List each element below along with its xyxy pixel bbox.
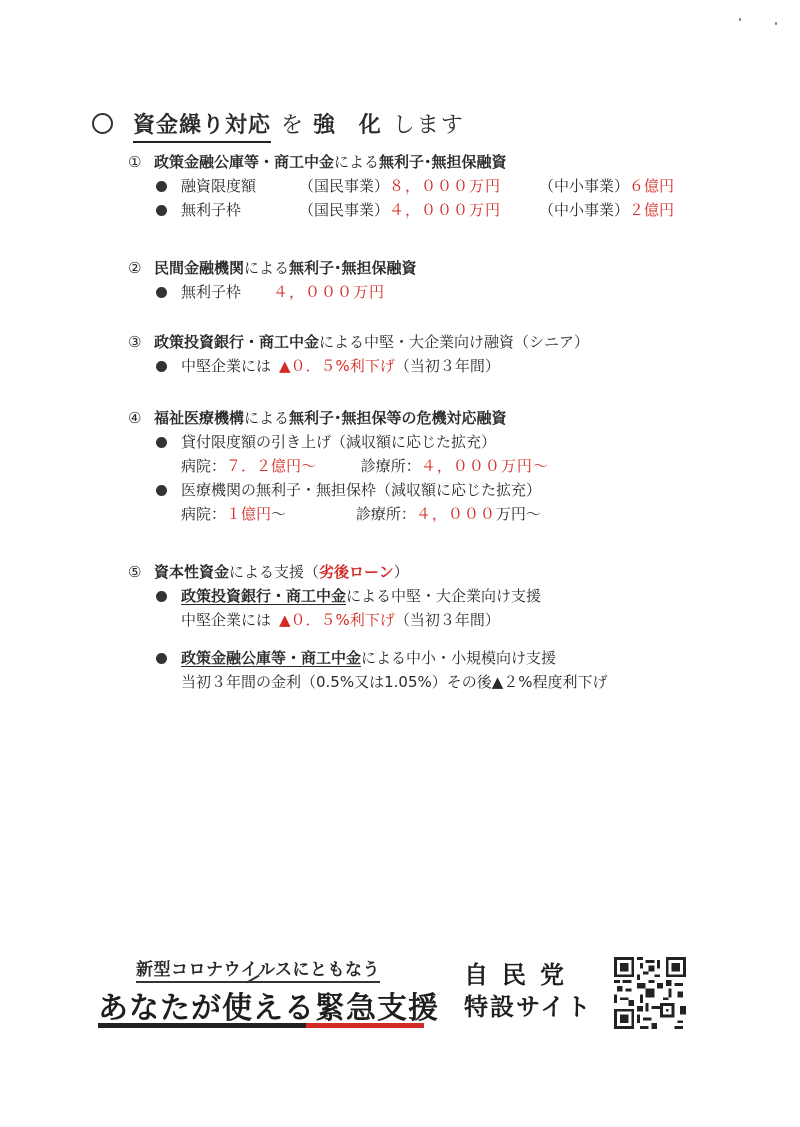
title-mid: による — [244, 406, 289, 430]
section-number: ⑤ — [128, 560, 154, 584]
title-bold: 福祉医療機構 — [154, 406, 244, 430]
footer-tagline: 新型コロナウイルスにともなう — [136, 955, 380, 983]
rate-value: ▲０．５%利下げ — [279, 608, 395, 632]
section-title: ③ 政策投資銀行・商工中金による中堅・大企業向け融資（シニア） — [128, 330, 589, 354]
rate-detail: 当初３年間の金利（0.5%又は1.05%）その後▲２%程度利下げ — [181, 670, 608, 694]
clinic-value: ４，０００万円～ — [421, 454, 549, 478]
section-1: ① 政策金融公庫等・商工中金による無利子･無担保融資 融資限度額 （国民事業） … — [128, 150, 674, 222]
section-5: ⑤ 資本性資金による支援（劣後ローン） 政策投資銀行・商工中金による中堅・大企業… — [128, 560, 608, 694]
page-heading: 資金繰り対応 を 強 化 します — [92, 108, 465, 143]
title-mid: による中堅・大企業向け融資（シニア） — [319, 330, 589, 354]
period-note: （当初３年間） — [395, 608, 500, 632]
category-label: （中小事業） — [539, 198, 629, 222]
item-label: 無利子枠 — [181, 280, 273, 304]
hospital-label: 病院： — [181, 454, 226, 478]
item-label: 中堅企業には — [181, 354, 271, 378]
heading-particle: を — [281, 108, 303, 139]
heading-strong: 強 化 — [313, 108, 389, 139]
list-item: 医療機関の無利子・無担保枠（減収額に応じた拡充） — [156, 478, 549, 502]
lead-rest: による中小・小規模向け支援 — [361, 646, 556, 670]
bullet-icon — [156, 361, 167, 372]
underline-bar-black — [98, 1023, 306, 1028]
title-bold: 民間金融機関 — [154, 256, 244, 280]
section-title: ④ 福祉医療機構による無利子･無担保等の危機対応融資 — [128, 406, 549, 430]
underline-bar-red — [306, 1023, 424, 1028]
sub-line: 病院：７．２億円～ 診療所：４，０００万円～ — [181, 454, 549, 478]
title-bold: 資本性資金 — [154, 560, 229, 584]
list-item: 政策投資銀行・商工中金による中堅・大企業向け支援 — [156, 584, 608, 608]
bullet-icon — [156, 205, 167, 216]
item-label: 無利子枠 — [181, 198, 299, 222]
bullet-icon — [156, 181, 167, 192]
party-name: 自民党 — [464, 959, 592, 991]
list-item: 無利子枠 ４，０００万円 — [156, 280, 417, 304]
party-site-label: 自民党 特設サイト — [464, 959, 592, 1023]
item-label: 医療機関の無利子・無担保枠（減収額に応じた拡充） — [181, 478, 541, 502]
bullet-icon — [156, 653, 167, 664]
item-label: 貸付限度額の引き上げ（減収額に応じた拡充） — [181, 430, 496, 454]
hospital-value: ７．２億円～ — [226, 454, 356, 478]
section-title: ⑤ 資本性資金による支援（劣後ローン） — [128, 560, 608, 584]
clinic-value: ４，０００ — [416, 502, 496, 526]
section-title: ① 政策金融公庫等・商工中金による無利子･無担保融資 — [128, 150, 674, 174]
list-item: 貸付限度額の引き上げ（減収額に応じた拡充） — [156, 430, 549, 454]
lead-rest: による中堅・大企業向け支援 — [346, 584, 541, 608]
category-label: （国民事業） — [299, 198, 389, 222]
list-item: 中堅企業には ▲０．５%利下げ （当初３年間） — [156, 354, 589, 378]
lead-underlined: 政策金融公庫等・商工中金 — [181, 646, 361, 670]
amount-value: ４，０００万円 — [389, 198, 539, 222]
title-bold: 政策金融公庫等・商工中金 — [154, 150, 334, 174]
title-mid: による支援（ — [229, 560, 319, 584]
title-bold: 政策投資銀行・商工中金 — [154, 330, 319, 354]
hospital-value: １億円 — [226, 502, 271, 526]
section-2: ② 民間金融機関による無利子･無担保融資 無利子枠 ４，０００万円 — [128, 256, 417, 304]
title-mid: による — [244, 256, 289, 280]
title-mid: による — [334, 150, 379, 174]
sub-line: 病院：１億円～ 診療所：４，０００万円～ — [181, 502, 549, 526]
title-end: ） — [394, 560, 409, 584]
section-number: ① — [128, 150, 154, 174]
clinic-label: 診療所： — [361, 454, 421, 478]
scan-speck — [775, 22, 777, 25]
heading-tail: します — [393, 108, 465, 139]
document-page: 資金繰り対応 を 強 化 します ① 政策金融公庫等・商工中金による無利子･無担… — [0, 0, 800, 1127]
bullet-icon — [156, 485, 167, 496]
section-3: ③ 政策投資銀行・商工中金による中堅・大企業向け融資（シニア） 中堅企業には ▲… — [128, 330, 589, 378]
lead-underlined: 政策投資銀行・商工中金 — [181, 584, 346, 608]
hospital-suffix: ～ — [271, 502, 351, 526]
amount-value: ２億円 — [629, 198, 674, 222]
rate-value: ▲０．５%利下げ — [279, 354, 395, 378]
special-site-label: 特設サイト — [464, 991, 592, 1023]
qr-code-icon[interactable] — [614, 957, 686, 1029]
bullet-icon — [156, 287, 167, 298]
list-item: 政策金融公庫等・商工中金による中小・小規模向け支援 — [156, 646, 608, 670]
amount-value: ６億円 — [629, 174, 674, 198]
section-number: ④ — [128, 406, 154, 430]
bullet-icon — [156, 591, 167, 602]
clinic-suffix: 万円～ — [496, 502, 541, 526]
title-bold2: 無利子･無担保融資 — [379, 150, 507, 174]
item-label: 融資限度額 — [181, 174, 299, 198]
amount-value: ８，０００万円 — [389, 174, 539, 198]
section-number: ② — [128, 256, 154, 280]
period-note: （当初３年間） — [395, 354, 500, 378]
title-bold2: 無利子･無担保融資 — [289, 256, 417, 280]
sub-line: 中堅企業には▲０．５%利下げ（当初３年間） — [181, 608, 608, 632]
list-item: 融資限度額 （国民事業） ８，０００万円 （中小事業） ６億円 — [156, 174, 674, 198]
section-title: ② 民間金融機関による無利子･無担保融資 — [128, 256, 417, 280]
circle-bullet-icon — [92, 113, 113, 134]
title-bold2: 無利子･無担保等の危機対応融資 — [289, 406, 507, 430]
item-label: 中堅企業には — [181, 608, 271, 632]
category-label: （中小事業） — [539, 174, 629, 198]
sub-line: 当初３年間の金利（0.5%又は1.05%）その後▲２%程度利下げ — [181, 670, 608, 694]
bullet-icon — [156, 437, 167, 448]
heading-keyword: 資金繰り対応 — [133, 108, 271, 143]
amount-value: ４，０００万円 — [273, 280, 385, 304]
list-item: 無利子枠 （国民事業） ４，０００万円 （中小事業） ２億円 — [156, 198, 674, 222]
footer-title: あなたが使える緊急支援 — [98, 983, 439, 1027]
section-number: ③ — [128, 330, 154, 354]
category-label: （国民事業） — [299, 174, 389, 198]
scan-speck — [739, 18, 741, 21]
section-4: ④ 福祉医療機構による無利子･無担保等の危機対応融資 貸付限度額の引き上げ（減収… — [128, 406, 549, 526]
title-red: 劣後ローン — [319, 560, 394, 584]
hospital-label: 病院： — [181, 502, 226, 526]
clinic-label: 診療所： — [356, 502, 416, 526]
footer-banner: 新型コロナウイルスにともなう あなたが使える緊急支援 自民党 特設サイト — [98, 955, 698, 1045]
